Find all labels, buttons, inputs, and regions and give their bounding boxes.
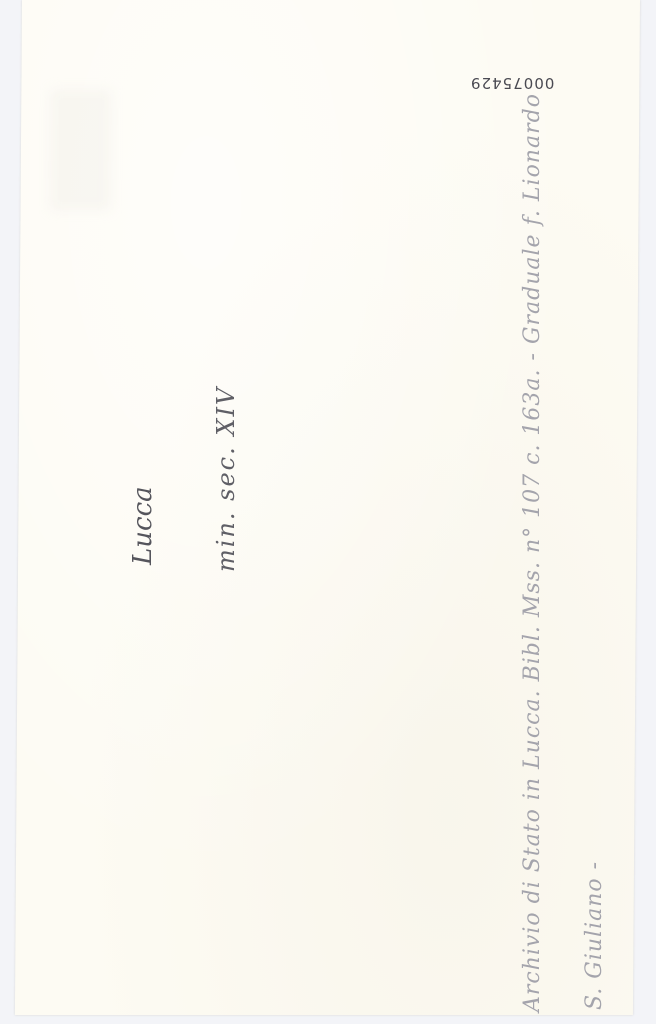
archive-card [15,0,640,1015]
source-citation-line1: Archivio di Stato in Lucca. Bibl. Mss. n… [520,93,545,1012]
source-citation-line2: S. Giuliano - [582,861,607,1010]
paper-stain [51,90,112,210]
catalog-number: 00075429 [470,74,554,92]
city-label: Lucca [128,486,158,565]
subject-label: min. sec. XIV [212,386,240,572]
